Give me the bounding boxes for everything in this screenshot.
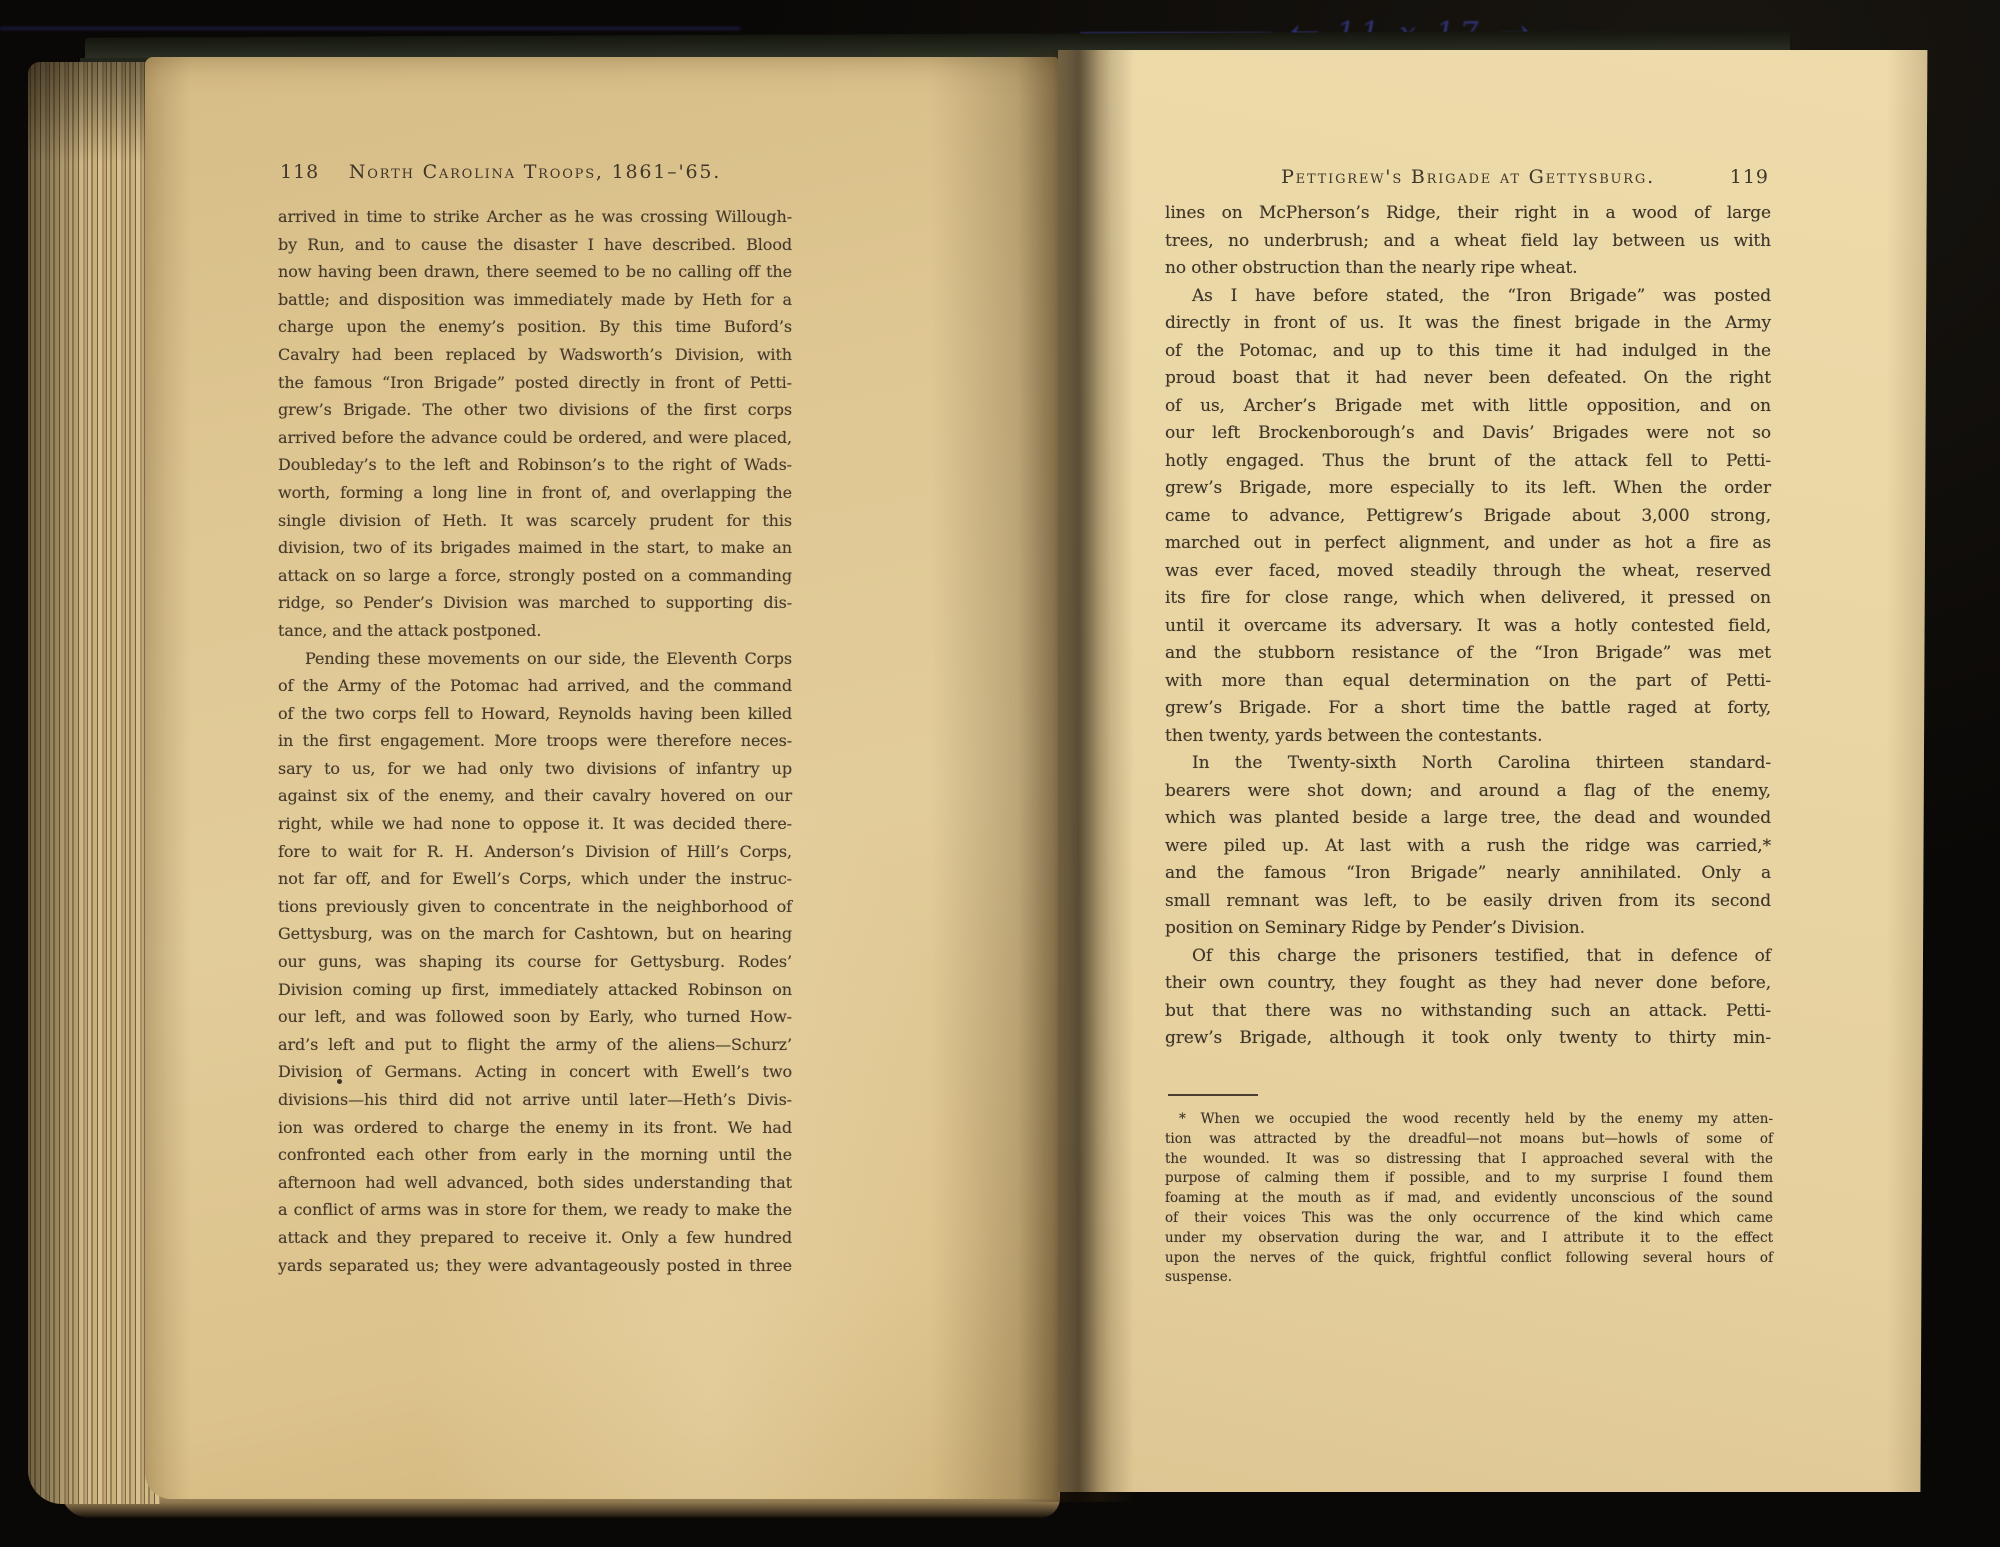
- text-line: lines on McPherson’s Ridge, their right …: [1165, 200, 1771, 228]
- text-line: sary to us, for we had only two division…: [278, 755, 792, 783]
- text-line: Doubleday’s to the left and Robinson’s t…: [278, 451, 792, 479]
- text-line: our guns, was shaping its course for Get…: [278, 948, 792, 976]
- text-line: our left Brockenborough’s and Davis’ Bri…: [1165, 420, 1771, 448]
- text-line: worth, forming a long line in front of, …: [278, 479, 792, 507]
- text-line: bearers were shot down; and around a fla…: [1165, 778, 1771, 806]
- text-line: marched out in perfect alignment, and un…: [1165, 530, 1771, 558]
- text-line: afternoon had well advanced, both sides …: [278, 1169, 792, 1197]
- text-line: small remnant was left, to be easily dri…: [1165, 888, 1771, 916]
- text-line: foaming at the mouth as if mad, and evid…: [1165, 1189, 1773, 1209]
- text-line: purpose of calming them if possible, and…: [1165, 1169, 1773, 1189]
- text-line: As I have before stated, the “Iron Briga…: [1165, 283, 1771, 311]
- left-page-number: 118: [280, 161, 319, 183]
- text-line: confronted each other from early in the …: [278, 1141, 792, 1169]
- text-line: against six of the enemy, and their cava…: [278, 782, 792, 810]
- footnote-text: * When we occupied the wood recently hel…: [1165, 1110, 1773, 1288]
- text-line: division, two of its brigades maimed in …: [278, 534, 792, 562]
- text-line: and the stubborn resistance of the “Iron…: [1165, 640, 1771, 668]
- text-line: by Run, and to cause the disaster I have…: [278, 231, 792, 259]
- text-line: directly in front of us. It was the fine…: [1165, 310, 1771, 338]
- text-line: of the Army of the Potomac had arrived, …: [278, 672, 792, 700]
- right-running-head: Pettigrew's Brigade at Gettysburg. 119: [1165, 166, 1771, 188]
- text-line: grew’s Brigade. The other two divisions …: [278, 396, 792, 424]
- text-line: trees, no underbrush; and a wheat field …: [1165, 228, 1771, 256]
- text-line: under my observation during the war, and…: [1165, 1229, 1773, 1249]
- text-line: Of this charge the prisoners testified, …: [1165, 943, 1771, 971]
- text-line: hotly engaged. Thus the brunt of the att…: [1165, 448, 1771, 476]
- text-line: were piled up. At last with a rush the r…: [1165, 833, 1771, 861]
- text-line: with more than equal determination on th…: [1165, 668, 1771, 696]
- text-line: ridge, so Pender’s Division was marched …: [278, 589, 792, 617]
- left-page-text: arrived in time to strike Archer as he w…: [278, 203, 792, 1279]
- text-line: and the famous “Iron Brigade” nearly ann…: [1165, 860, 1771, 888]
- text-line: tions previously given to concentrate in…: [278, 893, 792, 921]
- text-line: the wounded. It was so distressing that …: [1165, 1150, 1773, 1170]
- right-page-number: 119: [1730, 166, 1769, 188]
- ink-speck: [337, 1079, 342, 1084]
- text-line: charge upon the enemy’s position. By thi…: [278, 313, 792, 341]
- text-line: which was planted beside a large tree, t…: [1165, 805, 1771, 833]
- text-line: yards separated us; they were advantageo…: [278, 1252, 792, 1280]
- right-running-title: Pettigrew's Brigade at Gettysburg.: [1165, 166, 1771, 188]
- text-line: right, while we had none to oppose it. I…: [278, 810, 792, 838]
- text-line: of the Potomac, and up to this time it h…: [1165, 338, 1771, 366]
- text-line: fore to wait for R. H. Anderson’s Divisi…: [278, 838, 792, 866]
- text-line: tance, and the attack postponed.: [278, 617, 792, 645]
- text-line: single division of Heth. It was scarcely…: [278, 507, 792, 535]
- left-page: 118 North Carolina Troops, 1861–'65. arr…: [145, 57, 1058, 1499]
- page-edges-stack: [28, 62, 160, 1504]
- text-line: our left, and was followed soon by Early…: [278, 1003, 792, 1031]
- text-line: Pending these movements on our side, the…: [278, 645, 792, 673]
- left-running-title: North Carolina Troops, 1861–'65.: [278, 161, 792, 183]
- text-line: In the Twenty-sixth North Carolina thirt…: [1165, 750, 1771, 778]
- text-line: in the first engagement. More troops wer…: [278, 727, 792, 755]
- text-line: divisions—his third did not arrive until…: [278, 1086, 792, 1114]
- text-line: tion was attracted by the dreadful—not m…: [1165, 1130, 1773, 1150]
- text-line: now having been drawn, there seemed to b…: [278, 258, 792, 286]
- right-page: Pettigrew's Brigade at Gettysburg. 119 l…: [1058, 50, 1930, 1492]
- text-line: the famous “Iron Brigade” posted directl…: [278, 369, 792, 397]
- text-line: but that there was no withstanding such …: [1165, 998, 1771, 1026]
- text-line: ard’s left and put to flight the army of…: [278, 1031, 792, 1059]
- text-line: Cavalry had been replaced by Wadsworth’s…: [278, 341, 792, 369]
- text-line: * When we occupied the wood recently hel…: [1165, 1110, 1773, 1130]
- text-line: a conflict of arms was in store for them…: [278, 1196, 792, 1224]
- text-line: Division of Germans. Acting in concert w…: [278, 1058, 792, 1086]
- text-line: upon the nerves of the quick, frightful …: [1165, 1249, 1773, 1269]
- text-line: of the two corps fell to Howard, Reynold…: [278, 700, 792, 728]
- text-line: battle; and disposition was immediately …: [278, 286, 792, 314]
- scanner-guide-line: [0, 27, 740, 30]
- right-page-text: lines on McPherson’s Ridge, their right …: [1165, 200, 1771, 1053]
- text-line: came to advance, Pettigrew’s Brigade abo…: [1165, 503, 1771, 531]
- text-line: suspense.: [1165, 1268, 1773, 1288]
- text-line: their own country, they fought as they h…: [1165, 970, 1771, 998]
- text-line: arrived before the advance could be orde…: [278, 424, 792, 452]
- text-line: not far off, and for Ewell’s Corps, whic…: [278, 865, 792, 893]
- scanned-book-spread: ← 11 x 17 → 118 North Carolina Troops, 1…: [0, 0, 2000, 1547]
- text-line: no other obstruction than the nearly rip…: [1165, 255, 1771, 283]
- text-line: proud boast that it had never been defea…: [1165, 365, 1771, 393]
- text-line: Gettysburg, was on the march for Cashtow…: [278, 920, 792, 948]
- text-line: its fire for close range, which when del…: [1165, 585, 1771, 613]
- text-line: grew’s Brigade, more especially to its l…: [1165, 475, 1771, 503]
- left-running-head: 118 North Carolina Troops, 1861–'65.: [278, 161, 792, 183]
- text-line: was ever faced, moved steadily through t…: [1165, 558, 1771, 586]
- text-line: ion was ordered to charge the enemy in i…: [278, 1114, 792, 1142]
- text-line: arrived in time to strike Archer as he w…: [278, 203, 792, 231]
- footnote-separator: [1168, 1094, 1258, 1096]
- text-line: attack on so large a force, strongly pos…: [278, 562, 792, 590]
- text-line: position on Seminary Ridge by Pender’s D…: [1165, 915, 1771, 943]
- text-line: of their voices This was the only occurr…: [1165, 1209, 1773, 1229]
- text-line: attack and they prepared to receive it. …: [278, 1224, 792, 1252]
- text-line: grew’s Brigade, although it took only tw…: [1165, 1025, 1771, 1053]
- text-line: until it overcame its adversary. It was …: [1165, 613, 1771, 641]
- text-line: Division coming up first, immediately at…: [278, 976, 792, 1004]
- text-line: of us, Archer’s Brigade met with little …: [1165, 393, 1771, 421]
- text-line: then twenty, yards between the contestan…: [1165, 723, 1771, 751]
- text-line: grew’s Brigade. For a short time the bat…: [1165, 695, 1771, 723]
